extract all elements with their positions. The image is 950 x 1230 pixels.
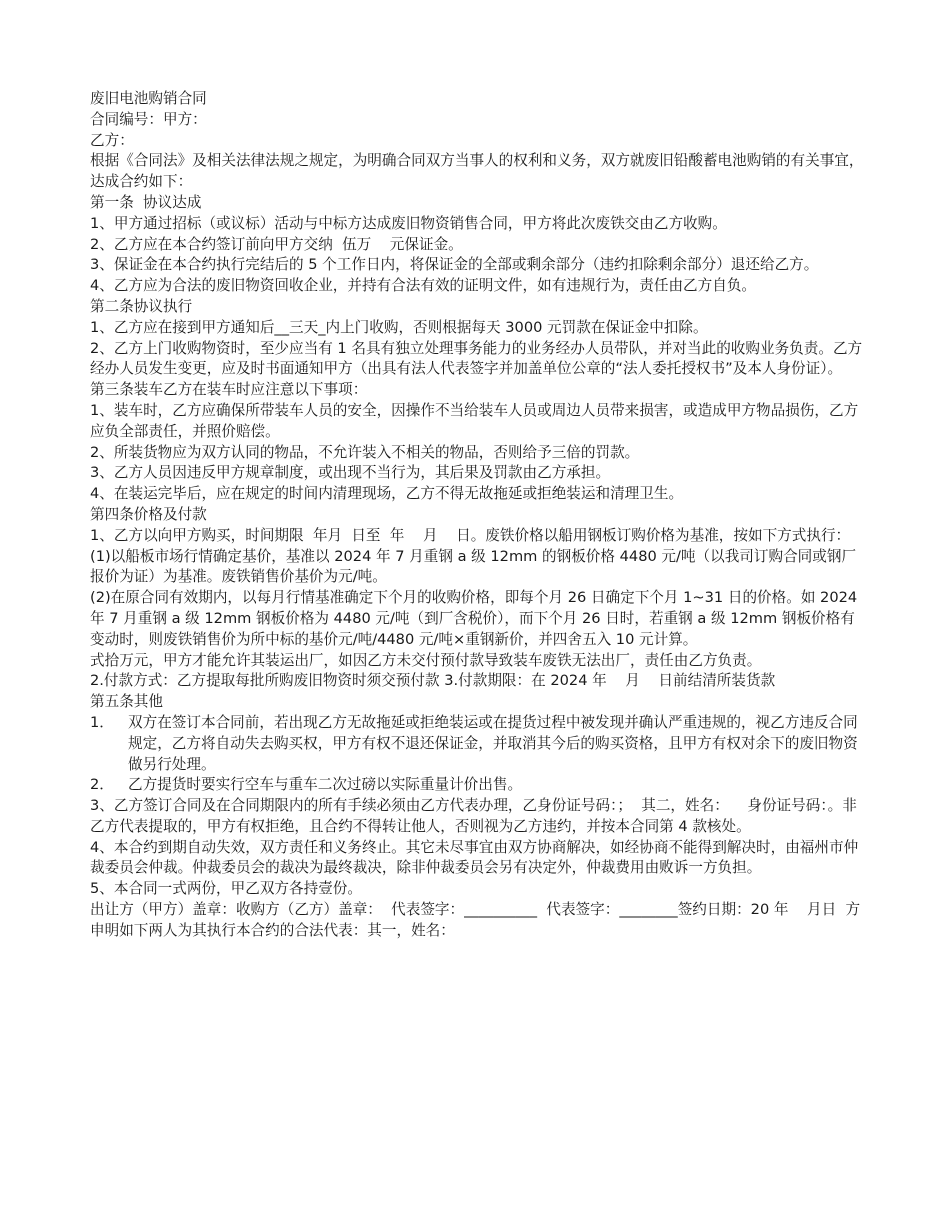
party-b-line: 乙方： xyxy=(90,131,865,152)
article5-heading: 第五条其他 xyxy=(90,692,865,713)
preamble: 根据《合同法》及相关法律法规之规定，为明确合同双方当事人的权利和义务，双方就废旧… xyxy=(90,151,865,193)
item-text: 乙方提货时要实行空车与重车二次过磅以实际重量计价出售。 xyxy=(128,775,865,796)
article3-item: 4、在装运完毕后，应在规定的时间内清理现场，乙方不得无故拖延或拒绝装运和清理卫生… xyxy=(90,484,865,505)
document-title: 废旧电池购销合同 xyxy=(90,89,865,110)
article2-item: 2、乙方上门收购物资时，至少应当有 1 名具有独立处理事务能力的业务经办人员带队… xyxy=(90,339,865,381)
article3-item: 2、所装货物应为双方认同的物品，不允许装入不相关的物品，否则给予三倍的罚款。 xyxy=(90,443,865,464)
article1-heading: 第一条 协议达成 xyxy=(90,193,865,214)
contract-document: 废旧电池购销合同 合同编号：甲方： 乙方： 根据《合同法》及相关法律法规之规定，… xyxy=(90,89,865,942)
article4-item: (2)在原合同有效期内，以每月行情基准确定下个月的收购价格，即每个月 26 日确… xyxy=(90,588,865,650)
contract-number-line: 合同编号：甲方： xyxy=(90,110,865,131)
article2-heading: 第二条协议执行 xyxy=(90,297,865,318)
article5-item: 5、本合同一式两份，甲乙双方各持壹份。 xyxy=(90,879,865,900)
article4-heading: 第四条价格及付款 xyxy=(90,505,865,526)
article1-item: 1、甲方通过招标（或议标）活动与中标方达成废旧物资销售合同，甲方将此次废铁交由乙… xyxy=(90,214,865,235)
article4-item: 2.付款方式：乙方提取每批所购废旧物资时须交预付款 3.付款期限：在 2024 … xyxy=(90,671,865,692)
article3-item: 1、装车时，乙方应确保所带装车人员的安全，因操作不当给装车人员或周边人员带来损害… xyxy=(90,401,865,443)
article4-item: 式拾万元，甲方才能允许其装运出厂，如因乙方未交付预付款导致装车废铁无法出厂，责任… xyxy=(90,651,865,672)
article1-item: 3、保证金在本合约执行完结后的 5 个工作日内，将保证金的全部或剩余部分（违约扣… xyxy=(90,255,865,276)
article5-numbered-item: 2． 乙方提货时要实行空车与重车二次过磅以实际重量计价出售。 xyxy=(90,775,865,796)
article1-item: 4、乙方应为合法的废旧物资回收企业，并持有合法有效的证明文件，如有违规行为，责任… xyxy=(90,276,865,297)
article2-item: 1、乙方应在接到甲方通知后__三天_内上门收购，否则根据每天 3000 元罚款在… xyxy=(90,318,865,339)
article1-item: 2、乙方应在本合约签订前向甲方交纳 伍万 元保证金。 xyxy=(90,235,865,256)
article5-numbered-item: 1． 双方在签订本合同前，若出现乙方无故拖延或拒绝装运或在提货过程中被发现并确认… xyxy=(90,713,865,775)
item-number: 1． xyxy=(90,713,128,775)
article5-item: 4、本合约到期自动失效，双方责任和义务终止。其它未尽事宜由双方协商解决，如经协商… xyxy=(90,838,865,880)
item-text: 双方在签订本合同前，若出现乙方无故拖延或拒绝装运或在提货过程中被发现并确认严重违… xyxy=(128,713,865,775)
article3-item: 3、乙方人员因违反甲方规章制度，或出现不当行为，其后果及罚款由乙方承担。 xyxy=(90,463,865,484)
article3-heading: 第三条装车乙方在装车时应注意以下事项： xyxy=(90,380,865,401)
article5-item: 3、乙方签订合同及在合同期限内的所有手续必须由乙方代表办理，乙身份证号码：； 其… xyxy=(90,796,865,838)
article4-item: 1、乙方以向甲方购买，时间期限 年月 日至 年 月 日。废铁价格以船用钢板订购价… xyxy=(90,526,865,547)
article4-item: (1)以船板市场行情确定基价，基准以 2024 年 7 月重钢 a 级 12mm… xyxy=(90,547,865,589)
item-number: 2． xyxy=(90,775,128,796)
signature-block: 出让方（甲方）盖章：收购方（乙方）盖章： 代表签字：__________ 代表签… xyxy=(90,900,865,942)
